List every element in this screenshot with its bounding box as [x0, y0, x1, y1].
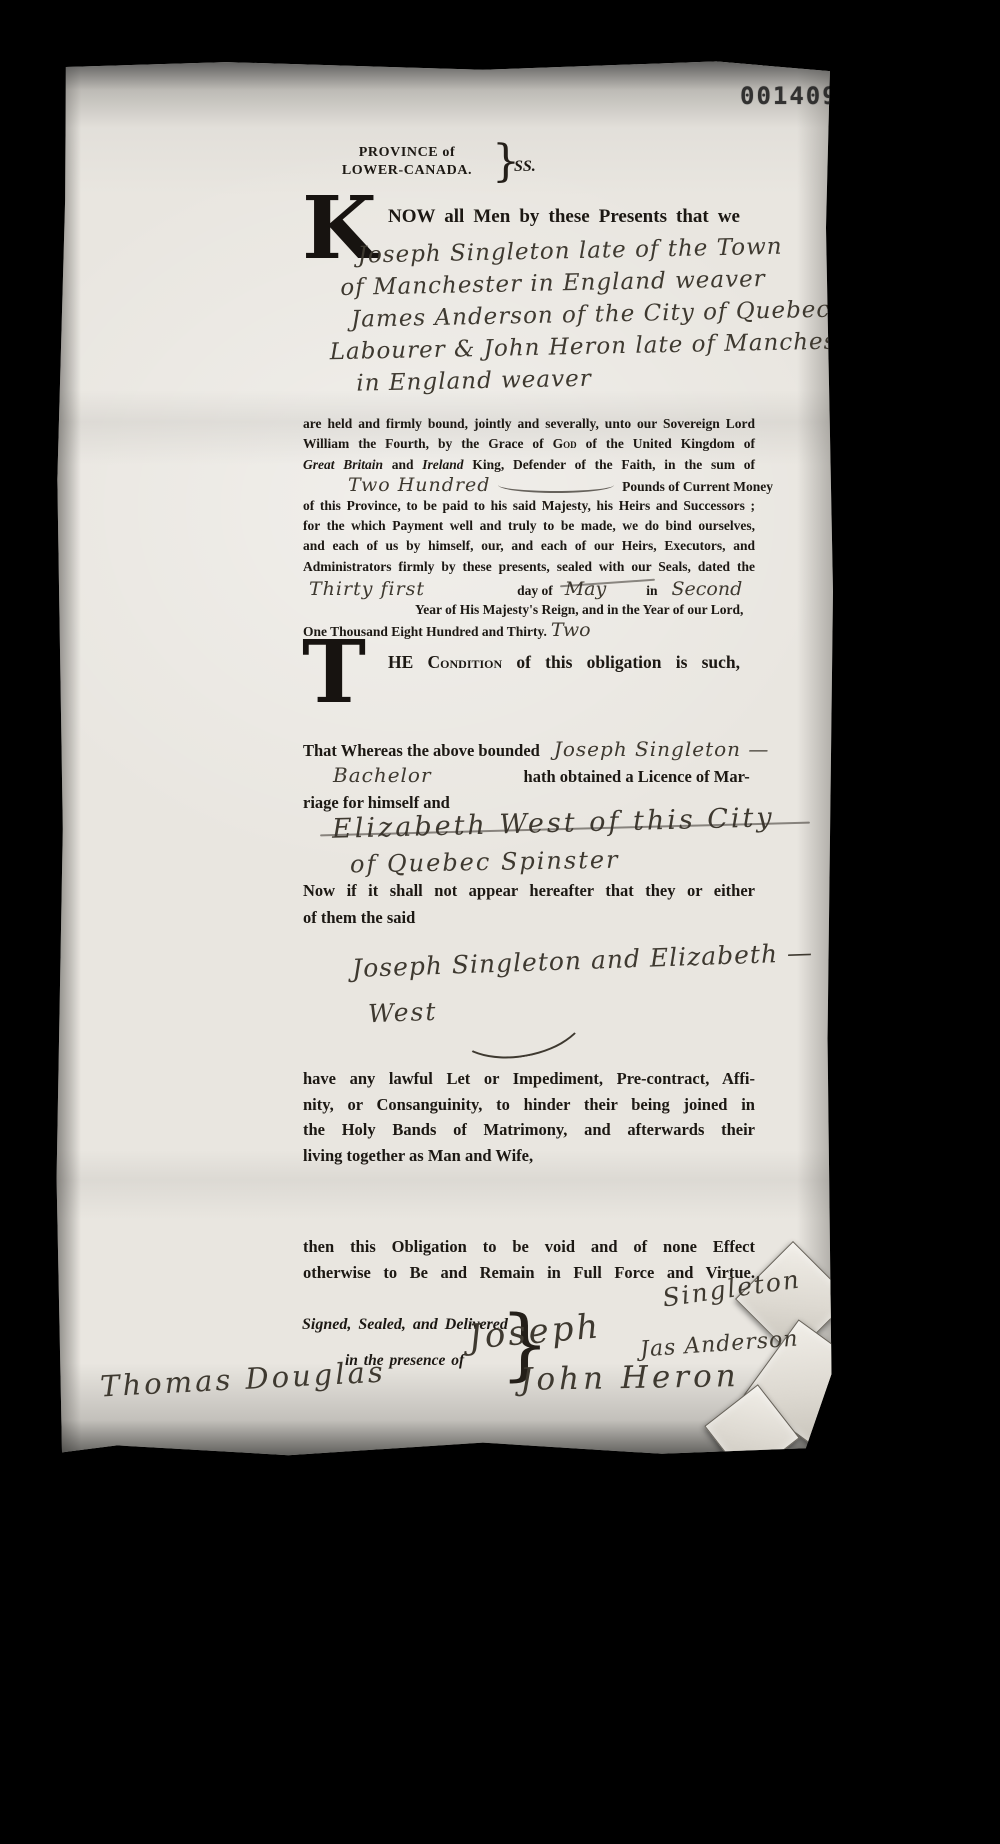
bond-segment: Pounds of Current Money: [622, 477, 773, 497]
bond-line: Great Britain and Ireland King, Defender…: [303, 455, 755, 475]
opening-line: NOW all Men by these Presents that we: [388, 206, 740, 228]
bond-line: and each of us by himself, our, and each…: [303, 536, 755, 556]
day-handwritten: Thirty first: [309, 579, 425, 599]
bond-segment-god: God: [553, 436, 577, 451]
whereas-segment: That Whereas the above bounded: [303, 738, 540, 764]
year-handwritten: Two: [551, 619, 591, 641]
whereas-line2: Bachelor hath obtained a Licence of Mar-: [303, 763, 750, 790]
bond-sum-line: Two Hundred Pounds of Current Money: [303, 475, 773, 495]
bond-paragraph: are held and firmly bound, jointly and s…: [303, 414, 773, 640]
in-label: in: [646, 581, 657, 601]
bond-segment: William the Fourth, by the Grace of: [303, 436, 544, 451]
bond-line: Year of His Majesty's Reign, and in the …: [415, 600, 773, 620]
condition-segment-sc: Condition: [428, 652, 503, 672]
whereas-segment: hath obtained a Licence of Mar-: [524, 764, 750, 790]
whereas-line4: Now if it shall not appear hereafter tha…: [303, 878, 755, 904]
signature-witness-douglas: Thomas Douglas: [99, 1355, 386, 1404]
couple-names-handwritten: Joseph Singleton and Elizabeth —: [352, 938, 814, 983]
scanned-document-page: 001409 PROVINCE of LOWER-CANADA. } SS. K…: [0, 0, 1000, 1844]
impediment-line: the Holy Bands of Matrimony, and afterwa…: [303, 1117, 755, 1143]
day-label: day of: [517, 581, 553, 601]
bond-segment: and: [392, 457, 414, 472]
bond-line: are held and firmly bound, jointly and s…: [303, 414, 755, 434]
ss-abbreviation: SS.: [514, 158, 536, 176]
bond-segment-britain: Great Britain: [303, 457, 383, 472]
regnal-year-handwritten: Second: [672, 579, 743, 599]
condition-line: HE Condition of this obligation is such,: [388, 652, 740, 673]
impediment-paragraph: have any lawful Let or Impediment, Pre-c…: [303, 1066, 755, 1168]
bond-year-line: One Thousand Eight Hundred and Thirty.Tw…: [303, 620, 773, 640]
bond-line: of this Province, to be paid to his said…: [303, 496, 755, 516]
status-handwritten: Bachelor: [333, 763, 432, 789]
bond-segment: of the United Kingdom of: [586, 436, 755, 451]
signature-joseph: Joseph: [467, 1306, 603, 1357]
whereas-line1: That Whereas the above bounded Joseph Si…: [303, 737, 769, 764]
bond-segment-ireland: Ireland: [422, 457, 463, 472]
bride-residence-handwritten: of Quebec Spinster: [350, 846, 620, 879]
paper-sheet: 001409 PROVINCE of LOWER-CANADA. } SS. K…: [55, 60, 833, 1458]
bond-date-line: Thirty first day of May in Second: [303, 579, 773, 599]
impediment-line: have any lawful Let or Impediment, Pre-c…: [303, 1066, 755, 1092]
serial-number-stamp: 001409: [740, 82, 839, 110]
bond-segment: King, Defender of the Faith, in the sum …: [472, 457, 755, 472]
bond-line: Administrators firmly by these presents,…: [303, 557, 755, 577]
handwritten-parties: Joseph Singleton late of the Town of Man…: [343, 228, 906, 400]
condition-segment: of this obligation is such,: [516, 652, 740, 672]
impediment-line: living together as Man and Wife,: [303, 1143, 755, 1169]
province-line1: PROVINCE of: [322, 144, 492, 162]
bounded-name-handwritten: Joseph Singleton —: [554, 737, 770, 763]
sum-handwritten: Two Hundred: [348, 475, 490, 495]
pen-flourish: [452, 997, 592, 1069]
bond-line: for the which Payment well and truly to …: [303, 516, 755, 536]
void-clause: then this Obligation to be void and of n…: [303, 1234, 755, 1285]
pen-swash: [498, 479, 614, 493]
couple-surname-handwritten: West: [368, 997, 438, 1028]
void-line: then this Obligation to be void and of n…: [303, 1234, 755, 1260]
whereas-line5: of them the said: [303, 905, 415, 931]
impediment-line: nity, or Consanguinity, to hinder their …: [303, 1092, 755, 1118]
bond-line: William the Fourth, by the Grace of God …: [303, 434, 755, 454]
condition-segment: HE: [388, 652, 413, 672]
province-header: PROVINCE of LOWER-CANADA.: [322, 144, 492, 180]
signature-heron: John Heron: [520, 1358, 740, 1398]
dropcap-t: T: [302, 638, 366, 708]
